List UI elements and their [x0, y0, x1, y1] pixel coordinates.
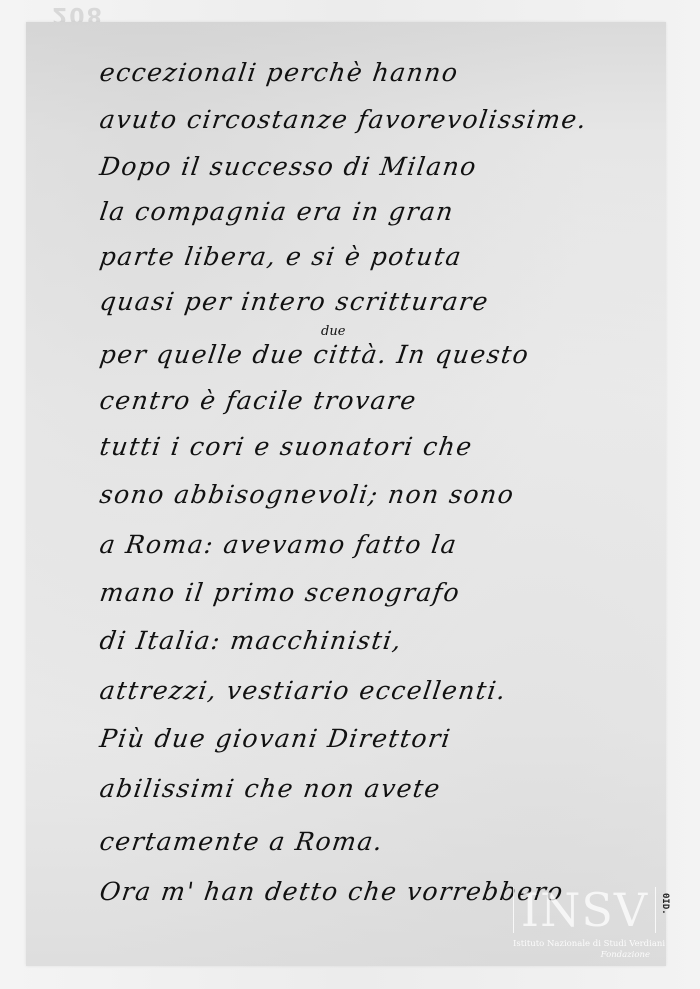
- manuscript-line: abilissimi che non avete: [98, 774, 443, 803]
- manuscript-line: a Roma: avevamo fatto la: [98, 530, 459, 559]
- manuscript-line: avuto circostanze favorevolissime.: [98, 105, 589, 134]
- manuscript-line: tutti i cori e suonatori che: [98, 432, 475, 461]
- watermark-logo: INSV: [513, 887, 656, 933]
- archive-stamp: 0ID.: [660, 893, 670, 915]
- manuscript-line: centro è facile trovare: [98, 386, 419, 415]
- manuscript-line: certamente a Roma.: [98, 827, 385, 856]
- manuscript-line: attrezzi, vestiario eccellenti.: [98, 676, 509, 705]
- manuscript-line: Ora m' han detto che vorrebbero: [98, 877, 566, 906]
- watermark-subtitle: Fondazione: [513, 950, 656, 960]
- manuscript-line: Più due giovani Direttori: [98, 724, 453, 753]
- manuscript-line: per quelle due città. In questo: [98, 340, 531, 369]
- manuscript-line: parte libera, e si è potuta: [98, 242, 464, 271]
- handwritten-text: eccezionali perchè hanno avuto circostan…: [26, 22, 666, 966]
- manuscript-line: Dopo il successo di Milano: [98, 152, 479, 181]
- watermark-institute-name: Istituto Nazionale di Studi Verdiani: [513, 939, 656, 950]
- manuscript-line: la compagnia era in gran: [98, 197, 456, 226]
- manuscript-line: quasi per intero scritturare: [98, 287, 491, 316]
- manuscript-line: sono abbisognevoli; non sono: [98, 480, 517, 509]
- manuscript-line: eccezionali perchè hanno: [98, 58, 461, 87]
- manuscript-line: mano il primo scenografo: [98, 578, 462, 607]
- interlinear-insertion: due: [321, 324, 345, 339]
- manuscript-line: di Italia: macchinisti,: [98, 626, 404, 655]
- institute-watermark: INSV Istituto Nazionale di Studi Verdian…: [513, 887, 656, 963]
